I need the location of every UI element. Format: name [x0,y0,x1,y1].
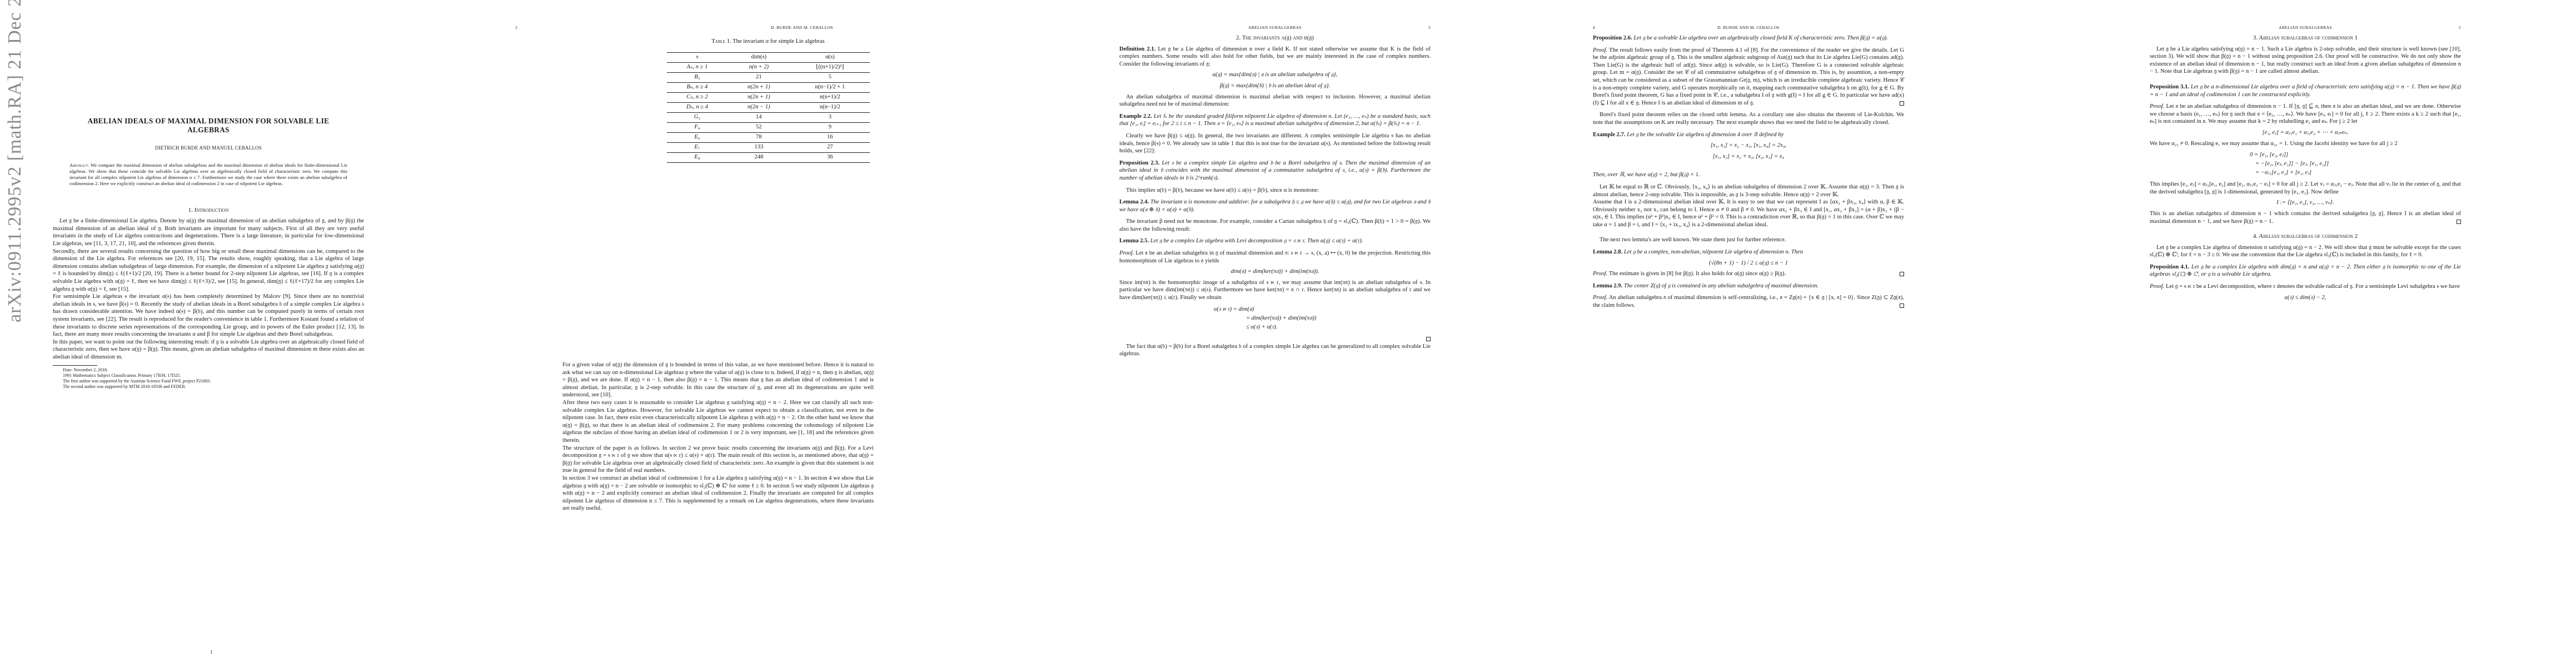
table-header: 𝔰 [667,52,728,62]
equation-line: 0 = [e₁, [e₂, eⱼ]] [2250,151,2461,160]
title-line-1: ABELIAN IDEALS OF MAXIMAL DIMENSION FOR … [53,117,364,126]
table-header: α(𝔰) [790,52,870,62]
proof-text: Since im(π𝔞) is the homomorphic image of… [1119,279,1431,302]
proposition-label: Proposition 4.1. [2150,264,2189,270]
equation: [x₁, x₂] = x₂ − x₃, [x₁, x₄] = 2x₄, [1593,142,1904,150]
table-cell: 248 [728,152,790,162]
lemma-label: Lemma 2.4. [1119,199,1149,205]
qed-icon [1900,101,1904,106]
table-row: B₃215 [667,72,870,82]
lemma-label: Lemma 2.5. [1119,238,1149,244]
lemma-2-4: Lemma 2.4. The invariant α is monotone a… [1119,198,1431,213]
table-cell: 9 [790,122,870,132]
paper-title: ABELIAN IDEALS OF MAXIMAL DIMENSION FOR … [53,117,364,135]
aligned-equation: α(𝔰 ⋉ 𝔯) = dim(𝔞) = dim(ker(π𝔞)) + dim(i… [1214,305,1431,332]
table-cell: 78 [728,132,790,142]
proof-text: Let 𝔞 be an abelian subalgebra in 𝔤 of m… [1119,250,1431,264]
qed-icon [1900,303,1904,308]
proof-text: We have α₂₁ ≠ 0. Rescaling e₁ we may ass… [2150,140,2461,148]
running-head: ABELIAN SUBALGEBRAS 3 [1119,25,1431,30]
paragraph: Let 𝕂 be equal to ℝ or ℂ. Obviously, ⟨x₃… [1593,183,1904,198]
abstract: Abstract. We compare the maximal dimensi… [69,162,347,187]
table-cell: E₇ [667,142,728,152]
table-cell: 21 [728,72,790,82]
lemma-text: Let 𝔤 be a complex, non-abelian, nilpote… [1624,249,1803,255]
equation-line: = −[e₂, [eⱼ, e₁]] − [eⱼ, [e₁, e₂]] [2250,160,2461,168]
running-head-text: D. BURDE AND M. CEBALLOS [730,25,874,30]
section-heading-codimension-1: 3. Abelian subalgebras of codimension 1 [2150,34,2461,42]
lemma-2-8: Lemma 2.8. Let 𝔤 be a complex, non-abeli… [1593,248,1904,256]
table-cell: 5 [790,72,870,82]
proof: Proof. Let 𝔤 = 𝔰 ⋉ 𝔯 be a Levi decomposi… [2150,283,2461,291]
table-cell: 133 [728,142,790,152]
example-text: Let 𝔤 be the solvable Lie algebra of dim… [1627,132,1783,138]
lemma-label: Lemma 2.8. [1593,249,1622,255]
table-row: Dₙ, n ≥ 4n(2n − 1)n(n−1)/2 [667,102,870,112]
table-row: Bₙ, n ≥ 4n(2n + 1)n(n−1)/2 + 1 [667,82,870,92]
page-2: 2 D. BURDE AND M. CEBALLOS Table 1. The … [515,0,1030,667]
table-row: G₂143 [667,112,870,122]
page-number: 5 [2459,25,2461,30]
equation: dim(𝔞) = dim(ker(π𝔞)) + dim(im(π𝔞)). [1119,268,1431,276]
definition-2-1: Definition 2.1. Let 𝔤 be a Lie algebra o… [1119,46,1431,68]
equation: (√(8n + 1) − 1) / 2 ≤ α(𝔤) ≤ n − 1 [1593,260,1904,267]
equation-line: = dim(ker(π𝔞)) + dim(im(π𝔞)) [1214,314,1431,323]
paragraph: Let 𝔤 be a Lie algebra satisfying α(𝔤) =… [2150,46,2461,76]
table-header: dim(𝔰) [728,52,790,62]
proof: Proof. An abelian subalgebra 𝔞 of maxima… [1593,294,1904,309]
definition-text: Let 𝔤 be a Lie algebra of dimension n ov… [1119,46,1431,67]
qed-icon [1900,272,1904,276]
table-row: E₆7816 [667,132,870,142]
table-cell: Bₙ, n ≥ 4 [667,82,728,92]
proof-text: This is an abelian subalgebra of dimensi… [2150,210,2461,225]
paragraph: After these two easy cases it is reasona… [562,399,874,445]
table-row: F₄529 [667,122,870,132]
equation: [e₁, eⱼ] = αⱼ₁e₁ + αⱼ₂e₂ + ⋯ + αⱼₙeₙ. [2150,129,2461,137]
running-head: 4 D. BURDE AND M. CEBALLOS [1593,25,1904,30]
aligned-equation: 0 = [e₁, [e₂, eⱼ]] = −[e₂, [eⱼ, e₁]] − [… [2250,151,2461,177]
qed-icon [1426,337,1431,341]
page-number: 2 [515,25,517,30]
table-cell: 27 [790,142,870,152]
proposition-2-3: Proposition 2.3. Let 𝔰 be a complex simp… [1119,160,1431,182]
proof-label: Proof. [1593,47,1607,53]
paragraph: The next two lemma's are well known. We … [1593,236,1904,244]
page-4: 4 D. BURDE AND M. CEBALLOS Proposition 2… [1546,0,2061,667]
paragraph: Let 𝔤 be a finite-dimensional Lie algebr… [53,217,364,247]
qed-icon [2457,220,2461,224]
proof-conclusion: This is an abelian subalgebra of dimensi… [2150,211,2461,225]
proposition-label: Proposition 2.3. [1119,160,1159,166]
table-cell: 3 [790,112,870,122]
abstract-text: We compare the maximal dimension of abel… [69,162,347,186]
example-conclusion: Then, over ℝ, we have α(𝔤) = 2, but β(𝔤)… [1593,172,1700,178]
paragraph: The structure of the paper is as follows… [562,445,874,475]
page-5: ABELIAN SUBALGEBRAS 5 3. Abelian subalge… [2061,0,2576,667]
footnote: Date: November 2, 2018. [53,367,364,373]
page-number: 4 [1593,25,1595,30]
proof-label: Proof. [2150,103,2164,109]
arxiv-stamp-text: arXiv:0911.2995v2 [math.RA] 21 Dec 2011 [4,0,26,322]
proposition-3-1: Proposition 3.1. Let 𝔤 be a n-dimensiona… [2150,83,2461,98]
proposition-4-1: Proposition 4.1. Let 𝔤 be a complex Lie … [2150,263,2461,278]
table-cell: E₈ [667,152,728,162]
paragraph: This implies α(𝔟) = β(𝔟), because we hav… [1119,187,1431,195]
equation-line: ≤ α(𝔰) + α(𝔯). [1214,323,1431,332]
proposition-text: Let 𝔤 be a complex Lie algebra with dim(… [2150,264,2461,278]
paragraph: Let 𝔤 be a complex Lie algebra of dimens… [2150,244,2461,259]
paragraph: Borel's fixed point theorem relies on th… [1593,111,1904,126]
section-heading-codimension-2: 4. Abelian subalgebras of codimension 2 [2150,233,2461,241]
footnote-rule [53,365,97,366]
example-text: Let 𝔣ₙ be the standard graded filiform n… [1119,113,1431,127]
proof: Proof. The estimate is given in [8] for … [1593,270,1904,278]
paragraph: The invariant β need not be monotone. Fo… [1119,218,1431,233]
abstract-label: Abstract. [69,162,89,168]
proof-text: This implies [e₁, eⱼ] = αⱼ₁[e₁, e₂] and … [2150,181,2461,196]
paragraph: For a given value of α(𝔤) the dimension … [562,361,874,399]
equation: α(𝔤) = max{dim(𝔞) | 𝔞 is an abelian suba… [1119,71,1431,79]
proof-text: An abelian subalgebra 𝔞 of maximal dimen… [1593,295,1904,308]
proof: Proof. Let 𝔞 be an abelian subalgebra of… [2150,103,2461,126]
proof: Proof. The result follows easily from th… [1593,47,1904,107]
paragraph: In section 3 we construct an abelian ide… [562,475,874,512]
page-1: arXiv:0911.2995v2 [math.RA] 21 Dec 2011 … [0,0,515,667]
paragraph: The fact that α(𝔟) = β(𝔟) for a Borel su… [1119,343,1431,358]
table-cell: n(n+1)/2 [790,92,870,102]
proof-label: Proof. [1593,271,1607,277]
example-2-2: Example 2.2. Let 𝔣ₙ be the standard grad… [1119,113,1431,128]
lemma-text: The invariant α is monotone and additive… [1119,199,1431,213]
table-cell: Dₙ, n ≥ 4 [667,102,728,112]
lemma-label: Lemma 2.9. [1593,283,1622,289]
proposition-label: Proposition 3.1. [2150,84,2189,90]
paragraph: For semisimple Lie algebras 𝔰 the invari… [53,293,364,339]
page-number: 1 [210,649,213,655]
table-caption-label: Table 1. [711,38,731,44]
paragraph: Clearly we have β(𝔤) ≤ α(𝔤). In general,… [1119,132,1431,155]
table-cell: G₂ [667,112,728,122]
proof-text: Let 𝔞 be an abelian subalgebra of dimens… [2150,103,2461,125]
table-caption-text: The invariant α for simple Lie algebras [733,38,825,44]
lemma-text: The center Z(𝔤) of 𝔤 is contained in any… [1624,283,1818,289]
table-cell: 52 [728,122,790,132]
footnote: 1991 Mathematics Subject Classification.… [53,373,364,379]
invariant-table: 𝔰 dim(𝔰) α(𝔰) Aₙ, n ≥ 1n(n + 2)⌊((n+1)/2… [667,52,870,163]
table-row: Cₙ, n ≥ 2n(2n + 1)n(n+1)/2 [667,92,870,102]
proposition-2-6: Proposition 2.6. Let 𝔤 be a solvable Lie… [1593,34,1904,42]
table-cell: ⌊((n+1)/2)²⌋ [790,62,870,72]
proof-text: The estimate is given in [8] for β(𝔤). I… [1609,271,1786,277]
proof-label: Proof. [1593,295,1607,301]
definition-label: Definition 2.1. [1119,46,1155,52]
proposition-label: Proposition 2.6. [1593,35,1632,41]
table-cell: E₆ [667,132,728,142]
paragraph: Assume that I is a 2-dimensional abelian… [1593,198,1904,228]
table-cell: n(n−1)/2 [790,102,870,112]
authors: DIETRICH BURDE AND MANUEL CEBALLOS [53,145,364,152]
section-heading-introduction: 1. Introduction [53,207,364,215]
running-head-text: D. BURDE AND M. CEBALLOS [1717,25,1780,30]
paragraph: Secondly, there are several results conc… [53,248,364,293]
running-head-text: ABELIAN SUBALGEBRAS [1248,25,1302,30]
proof: Proof. Let 𝔞 be an abelian subalgebra in… [1119,250,1431,265]
paragraph: An abelian subalgebra of maximal dimensi… [1119,93,1431,108]
paragraph: In this paper, we want to point out the … [53,339,364,361]
table-cell: n(2n + 1) [728,92,790,102]
example-label: Example 2.7. [1593,132,1626,138]
proposition-text: Let 𝔰 be a complex simple Lie algebra an… [1119,160,1431,181]
example-2-7: Example 2.7. Let 𝔤 be the solvable Lie a… [1593,131,1904,139]
example-label: Example 2.2. [1119,113,1152,120]
footnote: The second author was supported by MTM 2… [53,384,364,390]
table-cell: 36 [790,152,870,162]
running-head: ABELIAN SUBALGEBRAS 5 [2150,25,2461,30]
lemma-2-5: Lemma 2.5. Let 𝔤 be a complex Lie algebr… [1119,237,1431,245]
table-cell: B₃ [667,72,728,82]
arxiv-stamp: arXiv:0911.2995v2 [math.RA] 21 Dec 2011 [3,56,26,322]
proof-label: Proof. [2150,283,2164,290]
running-head-text: ABELIAN SUBALGEBRAS [2279,25,2332,30]
equation-line: α(𝔰 ⋉ 𝔯) = dim(𝔞) [1214,305,1431,314]
table-cell: Aₙ, n ≥ 1 [667,62,728,72]
table-cell: 14 [728,112,790,122]
equation: [x₁, x₃] = x₂ + x₃, [x₂, x₃] = x₄ [1593,153,1904,161]
table-row: E₇13327 [667,142,870,152]
equation: β(𝔤) = max{dim(𝔟) | 𝔟 is an abelian idea… [1119,82,1431,90]
title-line-2: ALGEBRAS [53,126,364,135]
equation: I := ⟨[e₁, e₂], v₃, …, vₙ⟩. [2150,199,2461,207]
table-caption: Table 1. The invariant α for simple Lie … [657,38,879,46]
table-header-row: 𝔰 dim(𝔰) α(𝔰) [667,52,870,62]
table-cell: 16 [790,132,870,142]
proof-text: Let 𝔤 = 𝔰 ⋉ 𝔯 be a Levi decomposition, w… [2166,283,2460,290]
table-cell: F₄ [667,122,728,132]
proof-label: Proof. [1119,250,1134,256]
table-row: E₈24836 [667,152,870,162]
table-cell: n(n + 2) [728,62,790,72]
section-heading-invariants: 2. The invariants α(𝔤) and β(𝔤) [1119,34,1431,42]
proposition-text: Let 𝔤 be a n-dimensional Lie algebra ove… [2150,84,2461,98]
equation-line: = −αⱼ₁[e₁, e₂] + [e₁, eⱼ] [2250,168,2461,177]
lemma-text: Let 𝔤 be a complex Lie algebra with Levi… [1150,238,1363,244]
table-cell: n(2n + 1) [728,82,790,92]
page-3: ABELIAN SUBALGEBRAS 3 2. The invariants … [1030,0,1546,667]
proposition-text: Let 𝔤 be a solvable Lie algebra over an … [1633,35,1887,41]
lemma-2-9: Lemma 2.9. The center Z(𝔤) of 𝔤 is conta… [1593,282,1904,290]
equation: α(𝔰) ≤ dim(𝔰) − 2, [2150,294,2461,302]
table-cell: n(n−1)/2 + 1 [790,82,870,92]
proof-text: The result follows easily from the proof… [1593,47,1904,106]
table-row: Aₙ, n ≥ 1n(n + 2)⌊((n+1)/2)²⌋ [667,62,870,72]
table-cell: n(2n − 1) [728,102,790,112]
footnote: The first author was supported by the Au… [53,379,364,384]
table-cell: Cₙ, n ≥ 2 [667,92,728,102]
page-number: 3 [1428,25,1431,30]
